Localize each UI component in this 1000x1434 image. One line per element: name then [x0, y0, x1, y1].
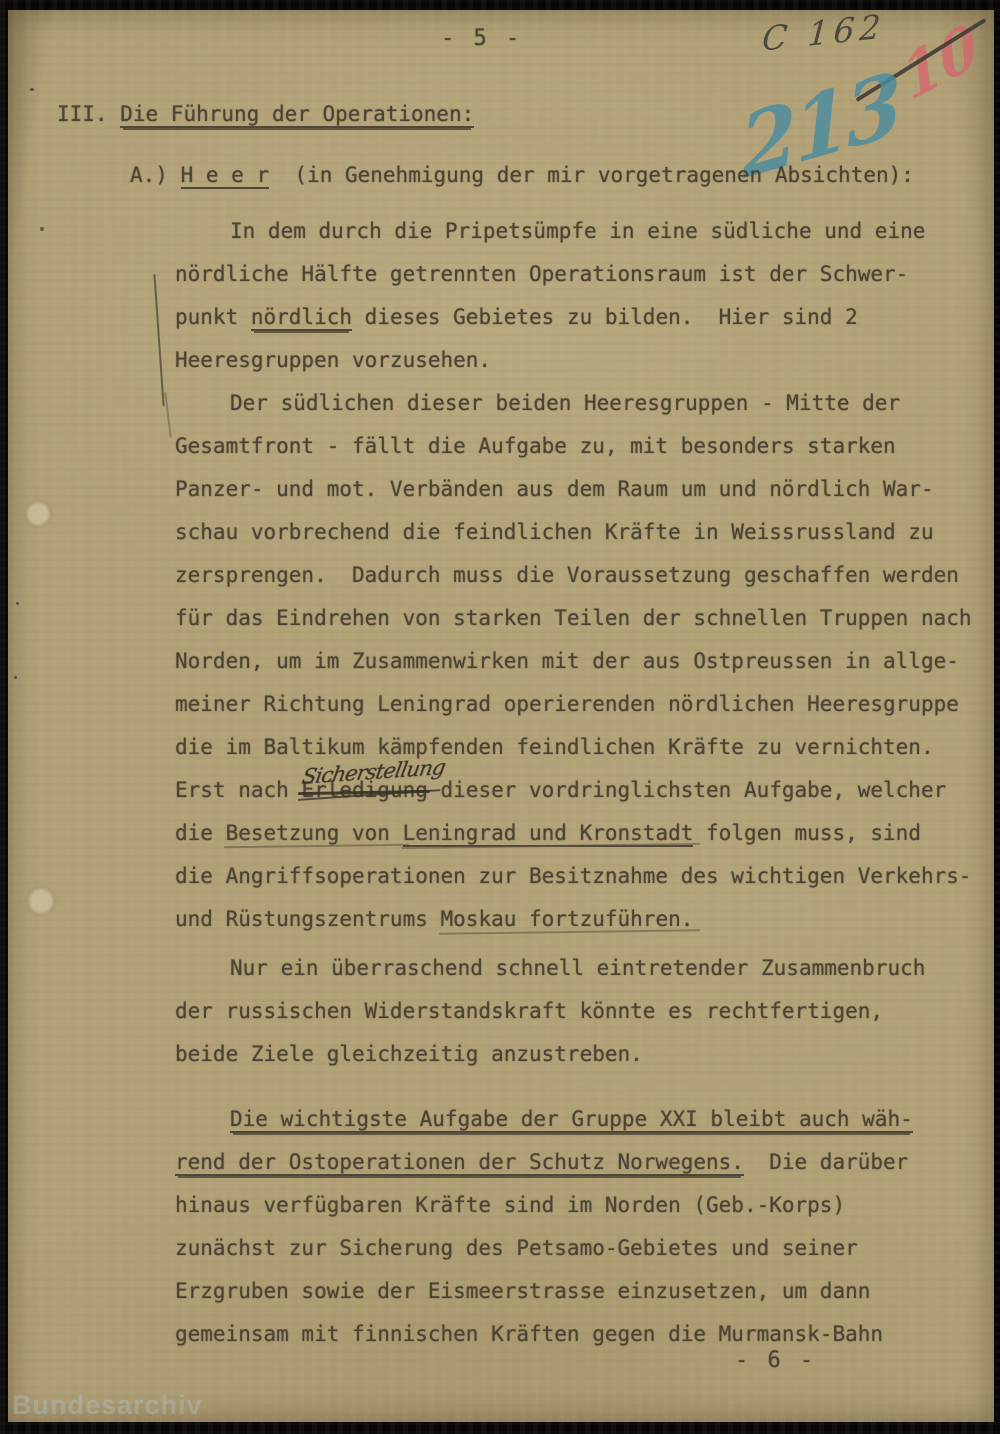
text-line: Erzgruben sowie der Eismeerstrasse einzu… [175, 1270, 980, 1313]
text-segment: ErledigungSicherstellung [301, 778, 427, 802]
heading-title: Die Führung der Operationen: [120, 102, 474, 128]
ink-speck [30, 88, 34, 91]
text-segment: zersprengen. Dadurch muss die Voraussetz… [175, 563, 959, 587]
text-segment: Die wichtigste Aufgabe der Gruppe XXI bl… [230, 1107, 913, 1133]
text-line: rend der Ostoperationen der Schutz Norwe… [175, 1141, 980, 1184]
text-line: hinaus verfügbaren Kräfte sind im Norden… [175, 1184, 980, 1227]
heading-numeral: III. [57, 102, 108, 126]
text-line: Erst nach ErledigungSicherstellung diese… [175, 769, 980, 812]
text-line: die im Baltikum kämpfenden feindlichen K… [175, 726, 980, 769]
section-heading: III. Die Führung der Operationen: [57, 102, 474, 126]
text-segment: rend der Ostoperationen der Schutz Norwe… [175, 1150, 744, 1176]
text-segment: In dem durch die Pripetsümpfe in eine sü… [230, 219, 925, 243]
text-line: Heeresgruppen vorzusehen. [175, 339, 980, 382]
text-segment: für das Eindrehen von starken Teilen der… [175, 606, 972, 630]
handwritten-correction: Sicherstellung [298, 746, 449, 801]
text-segment: Die darüber [744, 1150, 908, 1174]
text-segment: Nur ein überraschend schnell eintretende… [230, 956, 925, 980]
ink-speck [16, 602, 19, 605]
text-segment: zunächst zur Sicherung des Petsamo-Gebie… [175, 1236, 858, 1260]
text-line: Panzer- und mot. Verbänden aus dem Raum … [175, 468, 980, 511]
text-line: In dem durch die Pripetsümpfe in eine sü… [175, 210, 980, 253]
text-line: zersprengen. Dadurch muss die Voraussetz… [175, 554, 980, 597]
text-line: beide Ziele gleichzeitig anzustreben. [175, 1033, 980, 1076]
watermark: Bundesarchiv [12, 1390, 203, 1421]
text-segment: folgen muss, sind [693, 821, 921, 845]
text-segment: nördlich [251, 305, 352, 331]
text-segment: Erzgruben sowie der Eismeerstrasse einzu… [175, 1279, 870, 1303]
text-line: meiner Richtung Leningrad operierenden n… [175, 683, 980, 726]
text-segment: Panzer- und mot. Verbänden aus dem Raum … [175, 477, 934, 501]
text-segment: Norden, um im Zusammenwirken mit der aus… [175, 649, 959, 673]
text-segment: die Angriffsoperationen zur Besitznahme … [175, 864, 972, 888]
text-line: nördliche Hälfte getrennten Operationsra… [175, 253, 980, 296]
text-line: Norden, um im Zusammenwirken mit der aus… [175, 640, 980, 683]
text-segment: Gesamtfront - fällt die Aufgabe zu, mit … [175, 434, 896, 458]
text-segment: Heeresgruppen vorzusehen. [175, 348, 491, 372]
paragraph: Der südlichen dieser beiden Heeresgruppe… [175, 382, 980, 941]
paper-stain-spot [22, 498, 54, 530]
text-segment: gemeinsam mit finnischen Kräften gegen d… [175, 1322, 883, 1346]
paragraph: Die wichtigste Aufgabe der Gruppe XXI bl… [175, 1098, 980, 1356]
document-body: In dem durch die Pripetsümpfe in eine sü… [175, 210, 980, 1356]
paragraph: In dem durch die Pripetsümpfe in eine sü… [175, 210, 980, 382]
text-segment: und Rüstungszentrums [175, 907, 441, 931]
subsection-label: A.) [130, 163, 168, 187]
scanned-document-page: - 5 - - 6 - C 162 10 213 III. Die Führun… [0, 0, 1000, 1434]
text-line: punkt nördlich dieses Gebietes zu bilden… [175, 296, 980, 339]
text-segment: die [175, 821, 226, 845]
text-segment: beide Ziele gleichzeitig anzustreben. [175, 1042, 643, 1066]
subsection-a-heading: A.) H e e r (in Genehmigung der mir vorg… [130, 163, 914, 187]
text-segment: dieses Gebietes zu bilden. Hier sind 2 [352, 305, 858, 329]
text-line: die Besetzung von Leningrad und Kronstad… [175, 812, 980, 855]
text-line: die Angriffsoperationen zur Besitznahme … [175, 855, 980, 898]
text-line: schau vorbrechend die feindlichen Kräfte… [175, 511, 980, 554]
text-line: gemeinsam mit finnischen Kräften gegen d… [175, 1313, 980, 1356]
text-segment: schau vorbrechend die feindlichen Kräfte… [175, 520, 934, 544]
text-line: der russischen Widerstandskraft könnte e… [175, 990, 980, 1033]
text-segment: Moskau fortzuführen. [441, 907, 694, 931]
text-segment: nördliche Hälfte getrennten Operationsra… [175, 262, 908, 286]
page-number-top: - 5 - [441, 26, 522, 51]
paragraph: Nur ein überraschend schnell eintretende… [175, 947, 980, 1076]
text-line: zunächst zur Sicherung des Petsamo-Gebie… [175, 1227, 980, 1270]
text-line: für das Eindrehen von starken Teilen der… [175, 597, 980, 640]
text-segment: punkt [175, 305, 251, 329]
ink-speck [14, 676, 17, 679]
text-segment: hinaus verfügbaren Kräfte sind im Norden… [175, 1193, 845, 1217]
text-segment: Erst nach [175, 778, 301, 802]
text-line: Gesamtfront - fällt die Aufgabe zu, mit … [175, 425, 980, 468]
subsection-keyword: H e e r [181, 163, 270, 189]
text-segment: meiner Richtung Leningrad operierenden n… [175, 692, 959, 716]
text-line: Nur ein überraschend schnell eintretende… [175, 947, 980, 990]
text-segment: Leningrad und Kronstadt [403, 821, 694, 847]
paper-stain-spot [24, 884, 58, 918]
text-line: und Rüstungszentrums Moskau fortzuführen… [175, 898, 980, 941]
text-segment: Besetzung von [226, 821, 403, 845]
text-line: Der südlichen dieser beiden Heeresgruppe… [175, 382, 980, 425]
text-segment: die im Baltikum kämpfenden feindlichen K… [175, 735, 934, 759]
text-segment: dieser vordringlichsten Aufgabe, welcher [428, 778, 946, 802]
subsection-text: (in Genehmigung der mir vorgetragenen Ab… [294, 163, 914, 187]
ink-speck [40, 227, 44, 231]
text-segment: der russischen Widerstandskraft könnte e… [175, 999, 883, 1023]
text-line: Die wichtigste Aufgabe der Gruppe XXI bl… [175, 1098, 980, 1141]
text-segment: Der südlichen dieser beiden Heeresgruppe… [230, 391, 900, 415]
